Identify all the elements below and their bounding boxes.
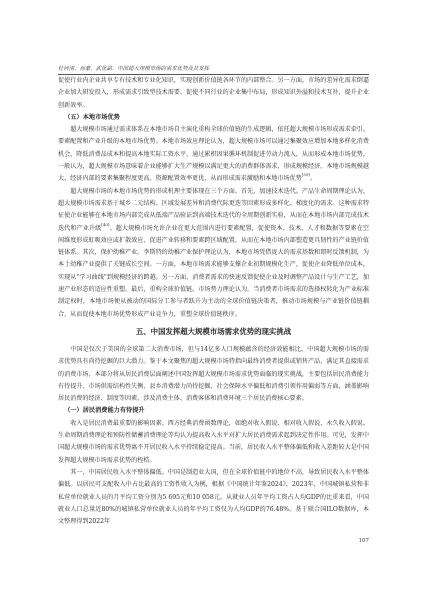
citation: [40]: [101, 222, 109, 227]
paragraph-text: 。: [310, 175, 316, 182]
citation: [39]: [302, 172, 310, 177]
page-number: 107: [359, 538, 370, 544]
paragraph: 收入是居民消费最重要的影响因素。西方经典消费函数理论，如绝对收入假说、相对收入假…: [58, 418, 369, 467]
paragraph: 中国是仅次于美国的全球第二大消费市场，但与14亿多人口规模蕴含的经济效能相比，中…: [58, 344, 369, 405]
paragraph: 促使行业内企业共享专有技术和专业化知识，实现创新价值链各环节的内部整合。另一方面…: [58, 75, 369, 112]
section-heading: 五、中国发挥超大规模市场需求优势的现实挑战: [58, 325, 369, 338]
paragraph: 超大规模市场通过需求体系在本地市场自主演化重构全球价值链的生成逻辑，依托超大规模…: [58, 124, 369, 185]
subsection-heading-consumption: （一）居民消费能力有待提升: [58, 405, 369, 417]
paragraph: 其一，中国居民收入水平整体偏低。中国是制造业大国，但在全球价值链中的地位不高，导…: [58, 467, 369, 528]
subsection-heading-local-market: （五）本地市场优势: [58, 112, 369, 124]
paragraph-text: 。超大规模市场允许企业在更大范围内进行要素配置，促使资本、技术、人才和数据等要素…: [58, 225, 369, 318]
article-body: 促使行业内企业共享专有技术和专业化知识，实现创新价值链各环节的内部整合。另一方面…: [58, 75, 369, 528]
paragraph: 超大规模市场的本地市场优势的形成机理主要体现在三个方面。首先，加速技术迭代。产品…: [58, 186, 369, 321]
paragraph-text: 超大规模市场通过需求体系在本地市场自主演化重构全球价值链的生成逻辑，依托超大规模…: [58, 126, 369, 182]
running-head: 杜河清，孙豪，武优勐．中国超大规模市场的需求优势及其发挥: [58, 64, 369, 75]
